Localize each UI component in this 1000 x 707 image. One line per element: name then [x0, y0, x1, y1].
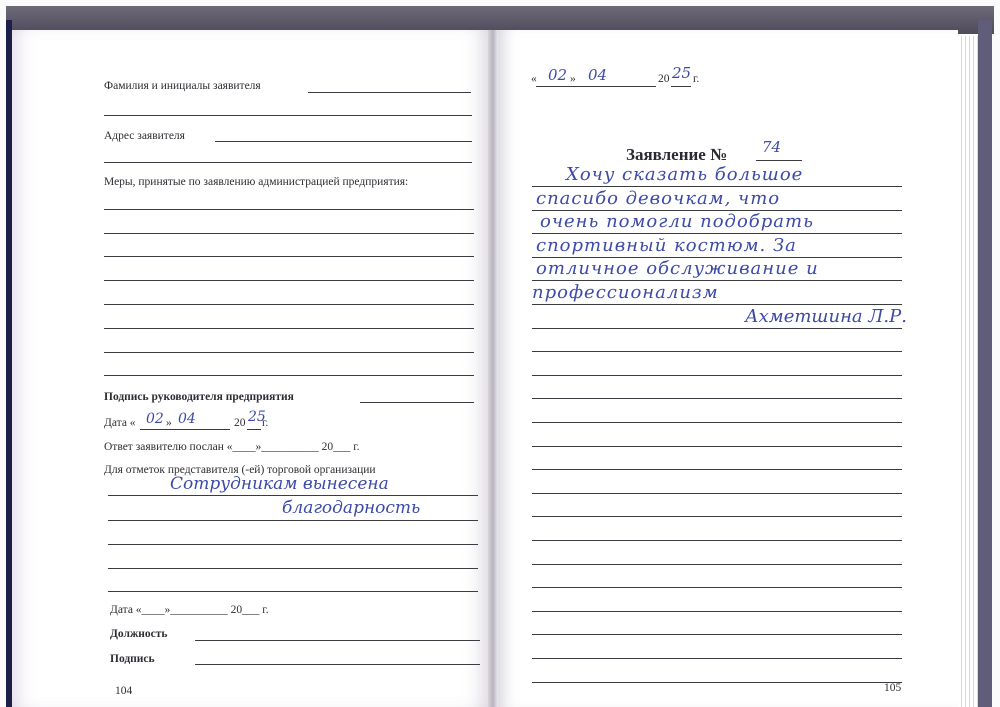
statement-number-handwritten: 74 — [762, 138, 781, 156]
statement-title: Заявление № — [626, 145, 727, 165]
statement-line[interactable] — [532, 634, 902, 635]
measures-line[interactable] — [104, 375, 474, 376]
statement-line[interactable] — [532, 375, 902, 376]
statement-handwritten-line: спасибо девочкам, что — [536, 188, 780, 209]
book-spine — [488, 30, 498, 707]
date2-label: Дата «____»__________ 20___ г. — [110, 604, 269, 616]
right-page — [498, 30, 958, 707]
date-day-handwritten: 02 — [146, 411, 164, 427]
right-date-field[interactable] — [536, 86, 656, 87]
page-number-left: 104 — [115, 685, 132, 697]
statement-line[interactable] — [532, 304, 902, 305]
statement-line[interactable] — [532, 516, 902, 517]
rep-notes-line[interactable] — [108, 568, 478, 569]
right-date-day-handwritten: 02 — [548, 66, 567, 84]
right-date-open: « — [531, 73, 537, 85]
applicant-address-label: Адрес заявителя — [104, 130, 185, 142]
measures-line[interactable] — [104, 209, 474, 210]
statement-handwritten-line: отличное обслуживание и — [536, 258, 819, 279]
applicant-name-line2[interactable] — [104, 115, 472, 116]
measures-line[interactable] — [104, 233, 474, 234]
statement-line[interactable] — [532, 446, 902, 447]
position-field[interactable] — [195, 640, 480, 641]
applicant-address-line2[interactable] — [104, 162, 472, 163]
rep-notes-line[interactable] — [108, 544, 478, 545]
right-date-month-handwritten: 04 — [588, 66, 607, 84]
statement-line[interactable] — [532, 682, 902, 683]
statement-signature-handwritten: Ахметшина Л.Р. — [745, 306, 907, 327]
date-label: Дата « — [104, 417, 136, 429]
date-sep: » — [166, 417, 172, 429]
right-date-suffix: г. — [693, 73, 699, 85]
applicant-address-field[interactable] — [215, 141, 472, 142]
date-suffix: г. — [262, 417, 268, 429]
measures-line[interactable] — [104, 280, 474, 281]
statement-line[interactable] — [532, 351, 902, 352]
statement-line[interactable] — [532, 564, 902, 565]
right-date-year-field[interactable] — [671, 86, 691, 87]
statement-line[interactable] — [532, 493, 902, 494]
statement-line[interactable] — [532, 469, 902, 470]
date-year-field[interactable] — [247, 429, 261, 430]
position-label: Должность — [110, 628, 168, 640]
rep-notes-line[interactable] — [108, 495, 478, 496]
book-cover-right — [978, 20, 992, 707]
statement-line[interactable] — [532, 280, 902, 281]
statement-line[interactable] — [532, 328, 902, 329]
date-field[interactable] — [140, 429, 230, 430]
measures-line[interactable] — [104, 352, 474, 353]
rep-notes-handwritten-2: благодарность — [282, 498, 420, 518]
rep-notes-handwritten-1: Сотрудникам вынесена — [170, 474, 389, 494]
right-date-year-handwritten: 25 — [672, 64, 691, 82]
statement-line[interactable] — [532, 398, 902, 399]
signature-field[interactable] — [195, 664, 480, 665]
statement-line[interactable] — [532, 611, 902, 612]
date-month-handwritten: 04 — [178, 411, 196, 427]
statement-handwritten-line: Хочу сказать большое — [566, 164, 803, 185]
applicant-name-label: Фамилия и инициалы заявителя — [104, 80, 261, 92]
statement-line[interactable] — [532, 658, 902, 659]
statement-number-field[interactable] — [756, 160, 802, 161]
statement-line[interactable] — [532, 587, 902, 588]
signature-label: Подпись — [110, 653, 155, 665]
statement-handwritten-line: профессионализм — [532, 282, 719, 303]
statement-line[interactable] — [532, 540, 902, 541]
measures-line[interactable] — [104, 304, 474, 305]
rep-notes-line[interactable] — [108, 591, 478, 592]
rep-notes-line[interactable] — [108, 520, 478, 521]
applicant-name-field[interactable] — [308, 92, 471, 93]
reply-sent-label: Ответ заявителю послан «____»__________ … — [104, 441, 360, 453]
manager-signature-field[interactable] — [360, 402, 474, 403]
measures-line[interactable] — [104, 256, 474, 257]
statement-handwritten-line: спортивный костюм. За — [536, 235, 797, 256]
statement-line[interactable] — [532, 422, 902, 423]
right-date-year-prefix: 20 — [658, 73, 670, 85]
page-number-right: 105 — [884, 682, 901, 694]
right-date-close: » — [570, 73, 576, 85]
measures-label: Меры, принятые по заявлению администраци… — [104, 176, 408, 188]
date-year-prefix: 20 — [234, 417, 246, 429]
statement-handwritten-line: очень помогли подобрать — [540, 211, 814, 232]
page-edges — [958, 36, 978, 707]
measures-line[interactable] — [104, 328, 474, 329]
manager-signature-label: Подпись руководителя предприятия — [104, 391, 294, 403]
